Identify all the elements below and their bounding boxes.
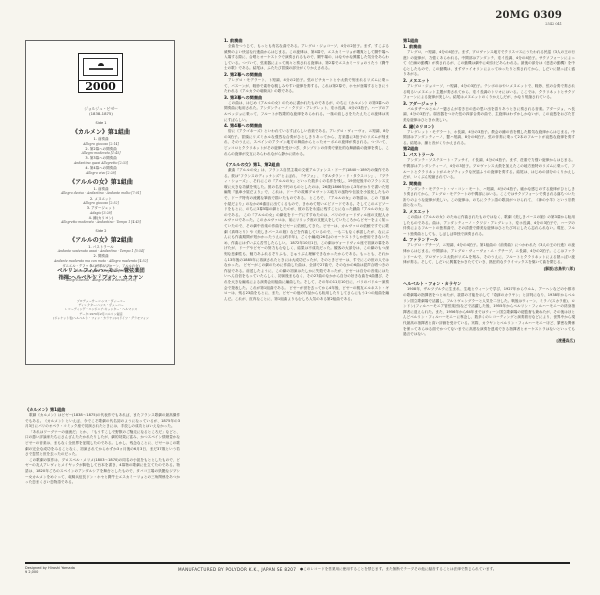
karajan-text: 1908年、ザルツブルクに生まれ、生地とウィーンで学び、1927年からウルム、ア… — [403, 287, 575, 337]
tracklist-body: Side 1《カルメン》第1組曲1. 前奏曲Allegro giocoso [2… — [26, 121, 176, 282]
design-credit: Designed by Hiroshi Yamada ¥ 2,000 — [25, 566, 75, 575]
section-text: この曲は《アルルの女》のために作曲されたものではなく、歌劇《美しきパースの娘》の… — [403, 215, 575, 237]
section-text: アレグロ・デチーゾ、ニ短調、4分の4拍子。第1組曲の《前奏曲》につかわれた《3人… — [403, 243, 575, 265]
track-tempo: Allegro giocoso [2:14] — [26, 142, 176, 146]
catalog-number-block: 20MG 0309 2542 041 — [495, 10, 562, 26]
copyright-notice: ●このレコードを営業用に使用することを禁じます。また無断でテープその他に録音する… — [300, 567, 496, 572]
section-text: アレグロ・モデラート、ト短調、4分の2拍子。弦のピチカートと小太鼓で刻まれるリズ… — [224, 78, 389, 95]
section-text: バルタザールとルノー婆さんが若き日の恋の思い出を語りあうときに奏される音楽。アダ… — [403, 107, 575, 124]
production-credits: プロデューサー:ハンス・ヴェーバーディレクター:ハンス・ヴェーバーレコーディング… — [26, 299, 176, 320]
carmen-paragraph: この歌劇の原作は、プロスペル・メリメ(1803〜1870)の同名の小説をもととし… — [25, 458, 180, 486]
track-tempo: Allegretto moderato · Andantino · Tempo … — [26, 220, 176, 224]
suite-title: 《アルルの女》第2組曲 — [26, 235, 176, 244]
notes-signature: [解説/志鳥栄八郎] — [403, 266, 575, 272]
performers-block: ダニエル・デファイエ(サクソフォーン、アルルの女) ベルリン・フィルハーモニー管… — [26, 263, 176, 282]
section-text: 全曲をつうじて、もっとも有名な曲である。アレグロ・ジョコーソ、4分の2拍子。まず… — [224, 44, 389, 72]
catalog-sub-code: 2542 041 — [495, 22, 562, 26]
karajan-biography: ヘルベルト・フォン・カラヤン 1908年、ザルツブルクに生まれ、生地とウィーンで… — [403, 281, 575, 343]
section-text: アレグロ、ハ短調、4分の4拍子。まず、プロヴァンス地方でクリスマスにうたわれる民… — [403, 50, 575, 78]
arlesienne-movement-notes: 第1組曲1. 前奏曲アレグロ、ハ短調、4分の4拍子。まず、プロヴァンス地方でクリ… — [403, 38, 575, 266]
carmen-paragraph: 「あれはワーグナーの亜流だ」とか、「もうすこしで野獣のご馳走になるところだ」など… — [25, 430, 180, 458]
track-tempo: Andantino quasi Allegretto [2:33] — [26, 161, 176, 165]
tracklist-panel: 2000 ジョルジュ・ビゼー (1838-1875) Side 1《カルメン》第… — [25, 40, 175, 365]
suite-title: 《カルメン》第1組曲 — [26, 127, 176, 136]
section-text: アレグレット・モデラート、ホ長調、4分の3拍子。教会の鐘の音を模した勝気な旋律か… — [403, 130, 575, 147]
side-label: Side 2 — [26, 229, 176, 233]
manufacturer-line: MANUFACTURED BY POLYDOR K.K., JAPAN SE 8… — [178, 567, 296, 572]
track-tempo: Allegro giocoso [2:52] — [26, 201, 176, 205]
conductor: 指揮:ヘルベルト・フォン・カラヤン — [26, 275, 176, 282]
track-tempo: Allegro deciso · Andantino · Andante mol… — [26, 191, 176, 195]
ornate-frame-icon — [83, 58, 118, 76]
side-label: Side 1 — [26, 121, 176, 125]
price: ¥ 2,000 — [25, 570, 75, 574]
composer-block: ジョルジュ・ビゼー (1838-1875) — [26, 106, 176, 116]
orchestra: ベルリン・フィルハーモニー管弦楽団 — [26, 268, 176, 275]
section-text: アンダンテ・モデラート・マ・コン・モート、ハ短調、4分の4拍子。厳かな感じのする… — [403, 187, 575, 209]
footer-rule — [25, 562, 570, 564]
composer-dates: (1838-1875) — [26, 111, 176, 116]
notes-right-column: 第1組曲1. 前奏曲アレグロ、ハ短調、4分の4拍子。まず、プロヴァンス地方でクリ… — [403, 38, 575, 343]
series-number: 2000 — [79, 81, 122, 93]
logo-frame-area — [79, 54, 122, 81]
carmen-notes-body: 歌劇《カルメン》はビゼー(1838〜1875)の代表作でもあれば、またフランス歌… — [25, 413, 180, 486]
catalog-number: 20MG 0309 — [495, 10, 562, 21]
crest-icon — [98, 63, 104, 66]
section-text: この曲は、はじめ《アルルの女》のために書かれたものであるが、のちに《カルメン》の… — [224, 101, 389, 123]
section-text: 戯曲『アルルの女』は、フランス自然主義の文豪アルフォンス・ドーデ(1840〜18… — [224, 168, 389, 302]
production-credit: (ジャケット表)ヘルベルト・フォン・カラヤン(c)ドイツ・グラモフォン — [26, 316, 176, 320]
label-wordmark — [89, 68, 113, 70]
section-text: 俗に《アラゴネーズ》といわれているすばらしい音楽である。アレグロ・ヴィーヴォ、ニ… — [224, 129, 389, 157]
track-tempo: Adagio [3:28] — [26, 211, 176, 215]
notes-middle-column: 1. 前奏曲全曲をつうじて、もっとも有名な曲である。アレグロ・ジョコーソ、4分の… — [224, 38, 389, 302]
karajan-signature: [渡邊森広] — [403, 338, 575, 344]
record-back-cover: 20MG 0309 2542 041 2000 ジョルジュ・ビゼー (1838-… — [0, 0, 600, 595]
section-text: アンダンテ・ソステヌート・アッサイ、イ長調、4分の4拍子。まず、荘重で力強い旋律… — [403, 158, 575, 180]
carmen-notes: 《カルメン》第1組曲 歌劇《カルメン》はビゼー(1838〜1875)の代表作でも… — [25, 407, 180, 486]
dg-2000-logo: 2000 — [78, 53, 123, 93]
track-tempo: Allegro vivo [2:28] — [26, 171, 176, 175]
track-tempo: Andante sostenuto assai · Andantino · Te… — [26, 249, 176, 253]
section-text: アレグロ・ジョコーソ、ハ短調、4分の3拍子。テンポのはやいメヌエットで、軽妙、弦… — [403, 84, 575, 101]
suite-title: 《アルルの女》第1組曲 — [26, 177, 176, 186]
track-tempo: Allegro moderato [1:45] — [26, 151, 176, 155]
carmen-paragraph: 歌劇《カルメン》はビゼー(1838〜1875)の代表作でもあれば、またフランス歌… — [25, 413, 180, 430]
